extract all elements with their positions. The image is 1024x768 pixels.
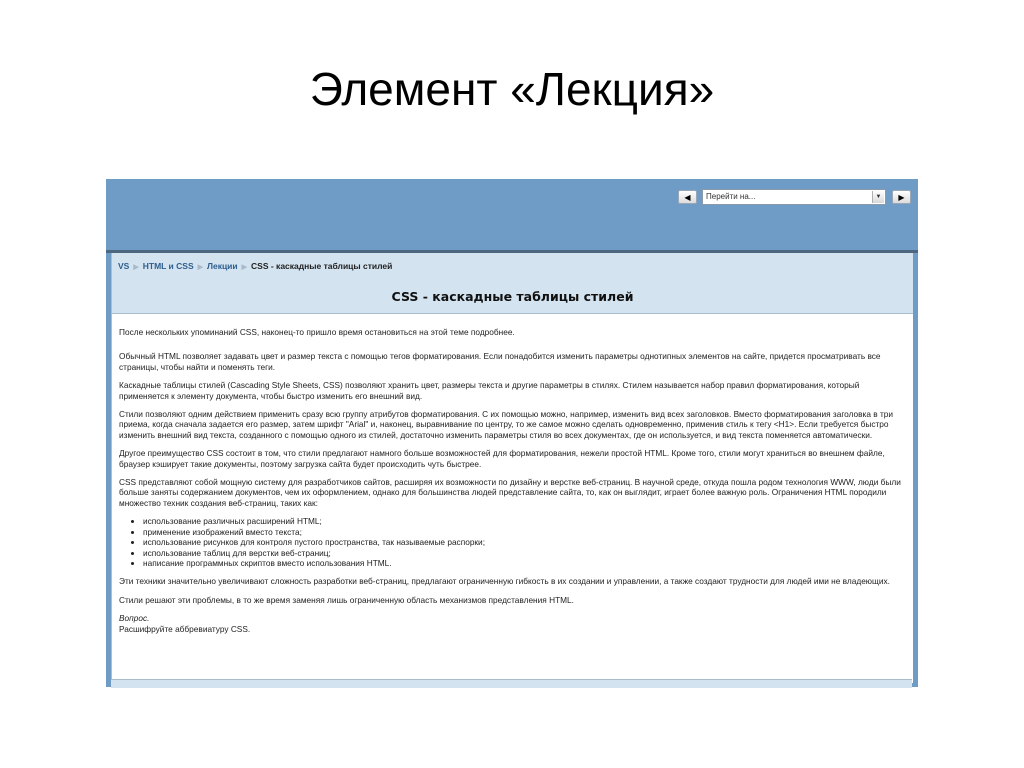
paragraph: Стили позволяют одним действием применит…: [119, 409, 907, 440]
jump-to-select[interactable]: Перейти на... ▼: [702, 189, 886, 205]
paragraph: Другое преимущество CSS состоит в том, ч…: [119, 448, 907, 469]
breadcrumb-separator-icon: ▶: [242, 264, 247, 271]
breadcrumb-separator-icon: ▶: [133, 264, 138, 271]
list-item: применение изображений вместо текста;: [143, 527, 907, 537]
question-block: Вопрос.Расшифруйте аббревиатуру CSS.: [119, 613, 907, 634]
paragraph: После нескольких упоминаний CSS, наконец…: [119, 327, 907, 337]
page-header: VS▶HTML и CSS▶Лекции▶CSS - каскадные таб…: [112, 253, 913, 314]
arrow-left-icon: ◀: [684, 193, 690, 202]
techniques-list: использование различных расширений HTML;…: [119, 516, 907, 568]
breadcrumb-separator-icon: ▶: [198, 264, 203, 271]
paragraph: Стили решают эти проблемы, в то же время…: [119, 595, 907, 605]
jump-select-value: Перейти на...: [706, 192, 755, 201]
arrow-right-icon: ▶: [898, 193, 904, 202]
list-item: написание программных скриптов вместо ис…: [143, 558, 907, 568]
breadcrumb: VS▶HTML и CSS▶Лекции▶CSS - каскадные таб…: [118, 261, 392, 271]
breadcrumb-link-vs[interactable]: VS: [118, 261, 129, 271]
lecture-page: VS▶HTML и CSS▶Лекции▶CSS - каскадные таб…: [111, 253, 913, 683]
paragraph: Обычный HTML позволяет задавать цвет и р…: [119, 351, 907, 372]
top-bar: ◀ Перейти на... ▼ ▶: [106, 179, 918, 251]
lecture-content: После нескольких упоминаний CSS, наконец…: [119, 327, 907, 642]
breadcrumb-link-lectures[interactable]: Лекции: [207, 261, 238, 271]
chevron-down-icon[interactable]: ▼: [872, 191, 884, 203]
list-item: использование таблиц для верстки веб-стр…: [143, 548, 907, 558]
page-footer: [111, 679, 912, 688]
question-text: Расшифруйте аббревиатуру CSS.: [119, 624, 250, 634]
previous-button[interactable]: ◀: [678, 190, 697, 204]
paragraph: CSS представляют собой мощную систему дл…: [119, 477, 907, 508]
paragraph: Каскадные таблицы стилей (Cascading Styl…: [119, 380, 907, 401]
list-item: использование рисунков для контроля пуст…: [143, 537, 907, 547]
question-label: Вопрос.: [119, 613, 149, 623]
browser-screenshot: ◀ Перейти на... ▼ ▶ VS▶HTML и CSS▶Лекции…: [106, 179, 918, 687]
next-button[interactable]: ▶: [892, 190, 911, 204]
breadcrumb-link-html-css[interactable]: HTML и CSS: [143, 261, 194, 271]
list-item: использование различных расширений HTML;: [143, 516, 907, 526]
breadcrumb-current: CSS - каскадные таблицы стилей: [251, 261, 392, 271]
paragraph: Эти техники значительно увеличивают слож…: [119, 576, 907, 586]
slide-title: Элемент «Лекция»: [0, 62, 1024, 116]
page-title: CSS - каскадные таблицы стилей: [112, 289, 913, 304]
